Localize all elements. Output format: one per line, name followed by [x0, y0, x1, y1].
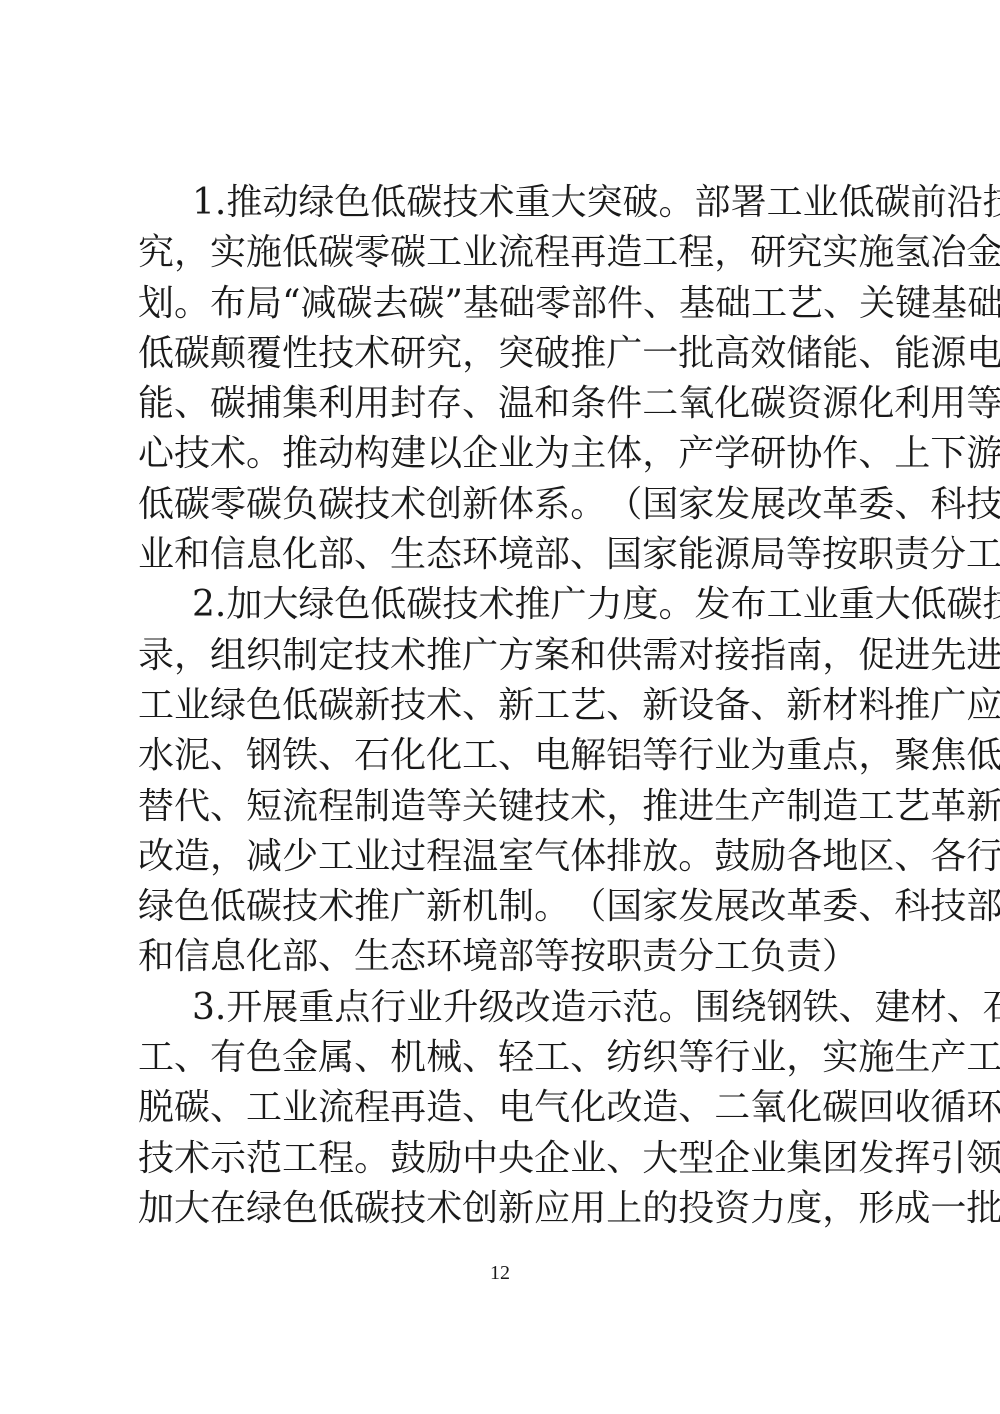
page-number: 12 [0, 1262, 1000, 1285]
text-line: 绿色低碳技术推广新机制。（国家发展改革委、科技部、工业 [138, 882, 864, 932]
text-line: 录，组织制定技术推广方案和供需对接指南，促进先进适用的 [138, 631, 864, 681]
text-line: 脱碳、工业流程再造、电气化改造、二氧化碳回收循环利用等 [138, 1083, 864, 1133]
text-line: 业和信息化部、生态环境部、国家能源局等按职责分工负责） [138, 530, 864, 580]
text-line: 心技术。推动构建以企业为主体，产学研协作、上下游协同的 [138, 429, 864, 479]
text-line: 能、碳捕集利用封存、温和条件二氧化碳资源化利用等关键核 [138, 379, 864, 429]
text-line: 工业绿色低碳新技术、新工艺、新设备、新材料推广应用。以 [138, 681, 864, 731]
paragraph-item-3: 3.开展重点行业升级改造示范。围绕钢铁、建材、石化化 工、有色金属、机械、轻工、… [138, 983, 864, 1234]
text-line: 水泥、钢铁、石化化工、电解铝等行业为重点，聚焦低碳原料 [138, 731, 864, 781]
text-line: 究，实施低碳零碳工业流程再造工程，研究实施氢冶金行动计 [138, 228, 864, 278]
text-line: 低碳零碳负碳技术创新体系。（国家发展改革委、科技部、工 [138, 480, 864, 530]
text-line: 低碳颠覆性技术研究，突破推广一批高效储能、能源电子、氢 [138, 329, 864, 379]
document-page: 1.推动绿色低碳技术重大突破。部署工业低碳前沿技术研 究，实施低碳零碳工业流程再… [0, 0, 1000, 1414]
body-text: 1.推动绿色低碳技术重大突破。部署工业低碳前沿技术研 究，实施低碳零碳工业流程再… [138, 178, 864, 1234]
text-line: 3.开展重点行业升级改造示范。围绕钢铁、建材、石化化 [138, 983, 864, 1033]
text-line: 1.推动绿色低碳技术重大突破。部署工业低碳前沿技术研 [138, 178, 864, 228]
text-line: 工、有色金属、机械、轻工、纺织等行业，实施生产工艺深度 [138, 1033, 864, 1083]
text-line: 和信息化部、生态环境部等按职责分工负责） [138, 932, 864, 982]
text-line: 2.加大绿色低碳技术推广力度。发布工业重大低碳技术目 [138, 580, 864, 630]
paragraph-item-2: 2.加大绿色低碳技术推广力度。发布工业重大低碳技术目 录，组织制定技术推广方案和… [138, 580, 864, 982]
text-line: 改造，减少工业过程温室气体排放。鼓励各地区、各行业探索 [138, 832, 864, 882]
paragraph-item-1: 1.推动绿色低碳技术重大突破。部署工业低碳前沿技术研 究，实施低碳零碳工业流程再… [138, 178, 864, 580]
text-line: 替代、短流程制造等关键技术，推进生产制造工艺革新和设备 [138, 782, 864, 832]
text-line: 加大在绿色低碳技术创新应用上的投资力度，形成一批可复制 [138, 1184, 864, 1234]
text-line: 技术示范工程。鼓励中央企业、大型企业集团发挥引领作用， [138, 1134, 864, 1184]
text-line: 划。布局“减碳去碳”基础零部件、基础工艺、关键基础材料、 [138, 279, 864, 329]
